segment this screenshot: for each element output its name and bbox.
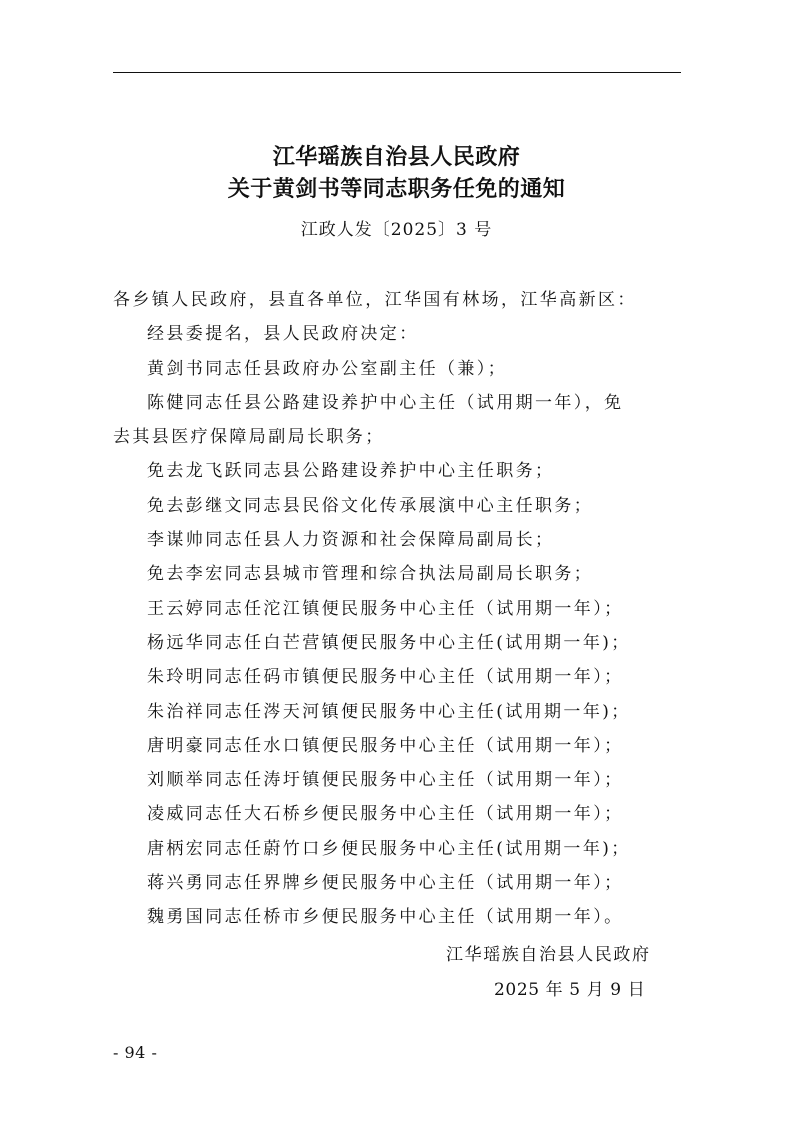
- issuer-signature: 江华瑶族自治县人民政府: [446, 940, 651, 965]
- paragraph: 免去龙飞跃同志县公路建设养护中心主任职务；: [113, 454, 685, 488]
- paragraph: 唐柄宏同志任蔚竹口乡便民服务中心主任(试用期一年)；: [113, 832, 685, 866]
- paragraph: 朱治祥同志任涔天河镇便民服务中心主任(试用期一年)；: [113, 695, 685, 729]
- paragraph-continuation: 去其县医疗保障局副局长职务；: [113, 420, 685, 454]
- addressee: 各乡镇人民政府，县直各单位，江华国有林场，江华高新区：: [113, 283, 685, 317]
- paragraph: 朱玲明同志任码市镇便民服务中心主任（试用期一年）；: [113, 660, 685, 694]
- paragraph: 凌威同志任大石桥乡便民服务中心主任（试用期一年）；: [113, 797, 685, 831]
- paragraph: 经县委提名，县人民政府决定：: [113, 317, 685, 351]
- paragraph: 魏勇国同志任桥市乡便民服务中心主任（试用期一年）。: [113, 900, 685, 934]
- document-title-issuer: 江华瑶族自治县人民政府: [0, 146, 793, 168]
- paragraph: 杨远华同志任白芒营镇便民服务中心主任(试用期一年)；: [113, 626, 685, 660]
- document-body: 各乡镇人民政府，县直各单位，江华国有林场，江华高新区： 经县委提名，县人民政府决…: [113, 283, 685, 935]
- document-title-subject: 关于黄剑书等同志职务任免的通知: [0, 178, 793, 200]
- issue-date: 2025 年 5 月 9 日: [494, 975, 645, 1000]
- paragraph: 唐明豪同志任水口镇便民服务中心主任（试用期一年）；: [113, 729, 685, 763]
- document-number: 江政人发〔2025〕3 号: [0, 215, 793, 240]
- paragraph: 王云婷同志任沱江镇便民服务中心主任（试用期一年）；: [113, 592, 685, 626]
- paragraph: 李谋帅同志任县人力资源和社会保障局副局长；: [113, 523, 685, 557]
- header-rule: [113, 72, 681, 73]
- paragraph: 陈健同志任县公路建设养护中心主任（试用期一年），免: [113, 386, 685, 420]
- paragraph: 刘顺举同志任涛圩镇便民服务中心主任（试用期一年）；: [113, 763, 685, 797]
- paragraph: 黄剑书同志任县政府办公室副主任（兼）；: [113, 352, 685, 386]
- paragraph: 免去彭继文同志县民俗文化传承展演中心主任职务；: [113, 489, 685, 523]
- paragraph: 蒋兴勇同志任界牌乡便民服务中心主任（试用期一年）；: [113, 866, 685, 900]
- page-number: - 94 -: [113, 1043, 157, 1062]
- paragraph: 免去李宏同志县城市管理和综合执法局副局长职务；: [113, 557, 685, 591]
